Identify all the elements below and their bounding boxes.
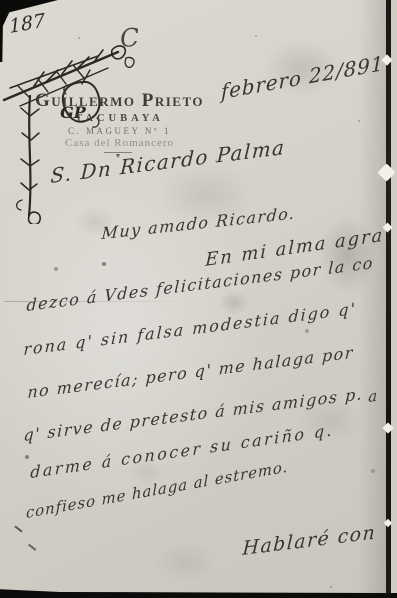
- letterhead-city: TACUBAYA: [27, 113, 212, 124]
- adjacent-page-strip: [391, 0, 397, 598]
- letterhead-name: Guillermo Prieto: [27, 90, 212, 112]
- letterhead-address: C. MAGUEY Nº 1: [27, 126, 212, 136]
- scanned-letter-page: GP Guillermo Prieto TACUBAYA C. MAGUEY N…: [0, 0, 397, 598]
- branch-ornament-icon: GP: [0, 24, 165, 224]
- corner-mark: C: [119, 23, 140, 53]
